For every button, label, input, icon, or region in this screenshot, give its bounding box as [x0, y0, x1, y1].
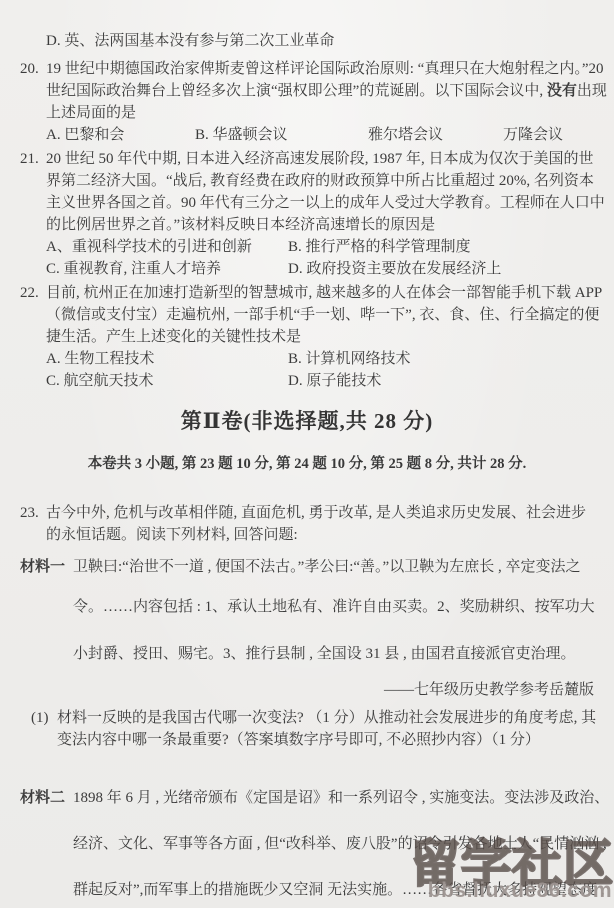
material-one-label: 材料一: [20, 556, 73, 665]
watermark-url: bbs.liuxue86.com: [428, 879, 612, 903]
question-23-body: 古今中外, 危机与改革相伴随, 直面危机, 勇于改革, 是人类追求历史发展、社会…: [46, 502, 600, 546]
sub-question-1-line: 变法内容中哪一条最重要?（答案填数字序号即可, 不必照抄内容）（1 分）: [57, 729, 602, 751]
question-20-line-post: 出现: [577, 83, 607, 99]
question-21-options-cd: C. 重视教育, 注重人才培养 D. 政府投资主要放在发展经济上: [46, 258, 605, 280]
question-23: 23. 古今中外, 危机与改革相伴随, 直面危机, 勇于改革, 是人类追求历史发…: [0, 502, 614, 546]
question-21-body: 20 世纪 50 年代中期, 日本进入经济高速发展阶段, 1987 年, 日本成…: [46, 148, 605, 280]
exam-content: D. 英、法两国基本没有参与第二次工业革命 20. 19 世纪中期德国政治家俾斯…: [0, 0, 614, 901]
option-d: 万隆会议: [503, 124, 563, 146]
sub-question-1: (1) 材料一反映的是我国古代哪一次变法? （1 分）从推动社会发展进步的角度考…: [0, 707, 614, 751]
question-21-line: 的比例居世界之首。”该材料反映日本经济高速增长的原因是: [46, 214, 605, 236]
material-one-line: 卫鞅曰:“治世不一道 , 便国不法古。”孝公曰:“善。”以卫鞅为左庶长 , 卒定…: [73, 556, 602, 578]
section-2-title: 第Ⅱ卷(非选择题,共 28 分): [0, 406, 614, 436]
question-22-line: 捷生活。产生上述变化的关键性技术是: [46, 326, 602, 348]
question-20: 20. 19 世纪中期德国政治家俾斯麦曾这样评论国际政治原则: “真理只在大炮射…: [0, 58, 614, 146]
question-21-line: 20 世纪 50 年代中期, 日本进入经济高速发展阶段, 1987 年, 日本成…: [46, 148, 605, 170]
question-22-body: 目前, 杭州正在加速打造新型的智慧城市, 越来越多的人在体会一部智能手机下载 A…: [46, 282, 602, 392]
option-b: B. 华盛顿会议: [195, 124, 288, 146]
material-one: 材料一 卫鞅曰:“治世不一道 , 便国不法古。”孝公曰:“善。”以卫鞅为左庶长 …: [0, 556, 614, 665]
option-d: D. 政府投资主要放在发展经济上: [288, 258, 501, 280]
option-c: 雅尔塔会议: [368, 124, 443, 146]
material-one-line: 令。……内容包括 : 1、承认土地私有、准许自由买卖。2、奖励耕织、按军功大: [73, 596, 602, 618]
material-one-source: ——七年级历史教学参考岳麓版: [0, 679, 594, 701]
material-one-line: 小封爵、授田、赐宅。3、推行县制 , 全国设 31 县 , 由国君直接派官吏治理…: [73, 643, 602, 665]
option-a: A、重视科学技术的引进和创新: [46, 236, 252, 258]
question-23-line: 的永恒话题。阅读下列材料, 回答问题:: [46, 524, 600, 546]
sub-question-1-label: (1): [31, 707, 57, 751]
question-20-body: 19 世纪中期德国政治家俾斯麦曾这样评论国际政治原则: “真理只在大炮射程之内。…: [46, 58, 607, 146]
question-20-line: 19 世纪中期德国政治家俾斯麦曾这样评论国际政治原则: “真理只在大炮射程之内。…: [46, 58, 607, 80]
question-22-number: 22.: [20, 282, 46, 392]
option-c: C. 重视教育, 注重人才培养: [46, 258, 221, 280]
question-21-line: 界第二经济大国。“战后, 教育经费在政府的财政预算中所占比重超过 20%, 名列…: [46, 170, 605, 192]
question-20-line: 上述局面的是: [46, 102, 607, 124]
prev-question-option-d: D. 英、法两国基本没有参与第二次工业革命: [46, 30, 614, 52]
option-c: C. 航空航天技术: [46, 370, 154, 392]
section-2-note: 本卷共 3 小题, 第 23 题 10 分, 第 24 题 10 分, 第 25…: [0, 454, 614, 474]
option-a: A. 生物工程技术: [46, 348, 154, 370]
question-20-options: A. 巴黎和会 B. 华盛顿会议 雅尔塔会议 万隆会议: [46, 124, 607, 146]
material-two-label: 材料二: [20, 787, 73, 901]
option-b: B. 推行严格的科学管理制度: [288, 236, 471, 258]
question-21-number: 21.: [20, 148, 46, 280]
question-21-line: 主义世界各国之首。90 年代有三分之一以上的成年人受过大学教育。工程师在人口中: [46, 192, 605, 214]
question-20-line-pre: 世纪国际政治舞台上曾经多次上演“强权即公理”的荒诞剧。以下国际会议中,: [46, 83, 547, 99]
sub-question-1-body: 材料一反映的是我国古代哪一次变法? （1 分）从推动社会发展进步的角度考虑, 其…: [57, 707, 602, 751]
option-a: A. 巴黎和会: [46, 124, 124, 146]
question-22: 22. 目前, 杭州正在加速打造新型的智慧城市, 越来越多的人在体会一部智能手机…: [0, 282, 614, 392]
question-21: 21. 20 世纪 50 年代中期, 日本进入经济高速发展阶段, 1987 年,…: [0, 148, 614, 280]
question-21-options-ab: A、重视科学技术的引进和创新 B. 推行严格的科学管理制度: [46, 236, 605, 258]
question-20-line: 世纪国际政治舞台上曾经多次上演“强权即公理”的荒诞剧。以下国际会议中, 没有出现: [46, 80, 607, 102]
question-22-line: 目前, 杭州正在加速打造新型的智慧城市, 越来越多的人在体会一部智能手机下载 A…: [46, 282, 602, 304]
option-d: D. 原子能技术: [288, 370, 381, 392]
material-one-body: 卫鞅曰:“治世不一道 , 便国不法古。”孝公曰:“善。”以卫鞅为左庶长 , 卒定…: [73, 556, 602, 665]
question-22-options-cd: C. 航空航天技术 D. 原子能技术: [46, 370, 602, 392]
option-b: B. 计算机网络技术: [288, 348, 411, 370]
question-23-number: 23.: [20, 502, 46, 546]
sub-question-1-line: 材料一反映的是我国古代哪一次变法? （1 分）从推动社会发展进步的角度考虑, 其: [57, 707, 602, 729]
material-two-line: 1898 年 6 月 , 光绪帝颁布《定国是诏》和一系列诏令 , 实施变法。变法…: [73, 787, 609, 809]
question-22-options-ab: A. 生物工程技术 B. 计算机网络技术: [46, 348, 602, 370]
question-23-line: 古今中外, 危机与改革相伴随, 直面危机, 勇于改革, 是人类追求历史发展、社会…: [46, 502, 600, 524]
question-20-number: 20.: [20, 58, 46, 146]
question-20-emphasis: 没有: [547, 83, 577, 99]
exam-page: D. 英、法两国基本没有参与第二次工业革命 20. 19 世纪中期德国政治家俾斯…: [0, 0, 614, 908]
question-22-line: （微信或支付宝）走遍杭州, 一部手机“手一划、哔一下”, 衣、食、住、行全搞定的…: [46, 304, 602, 326]
